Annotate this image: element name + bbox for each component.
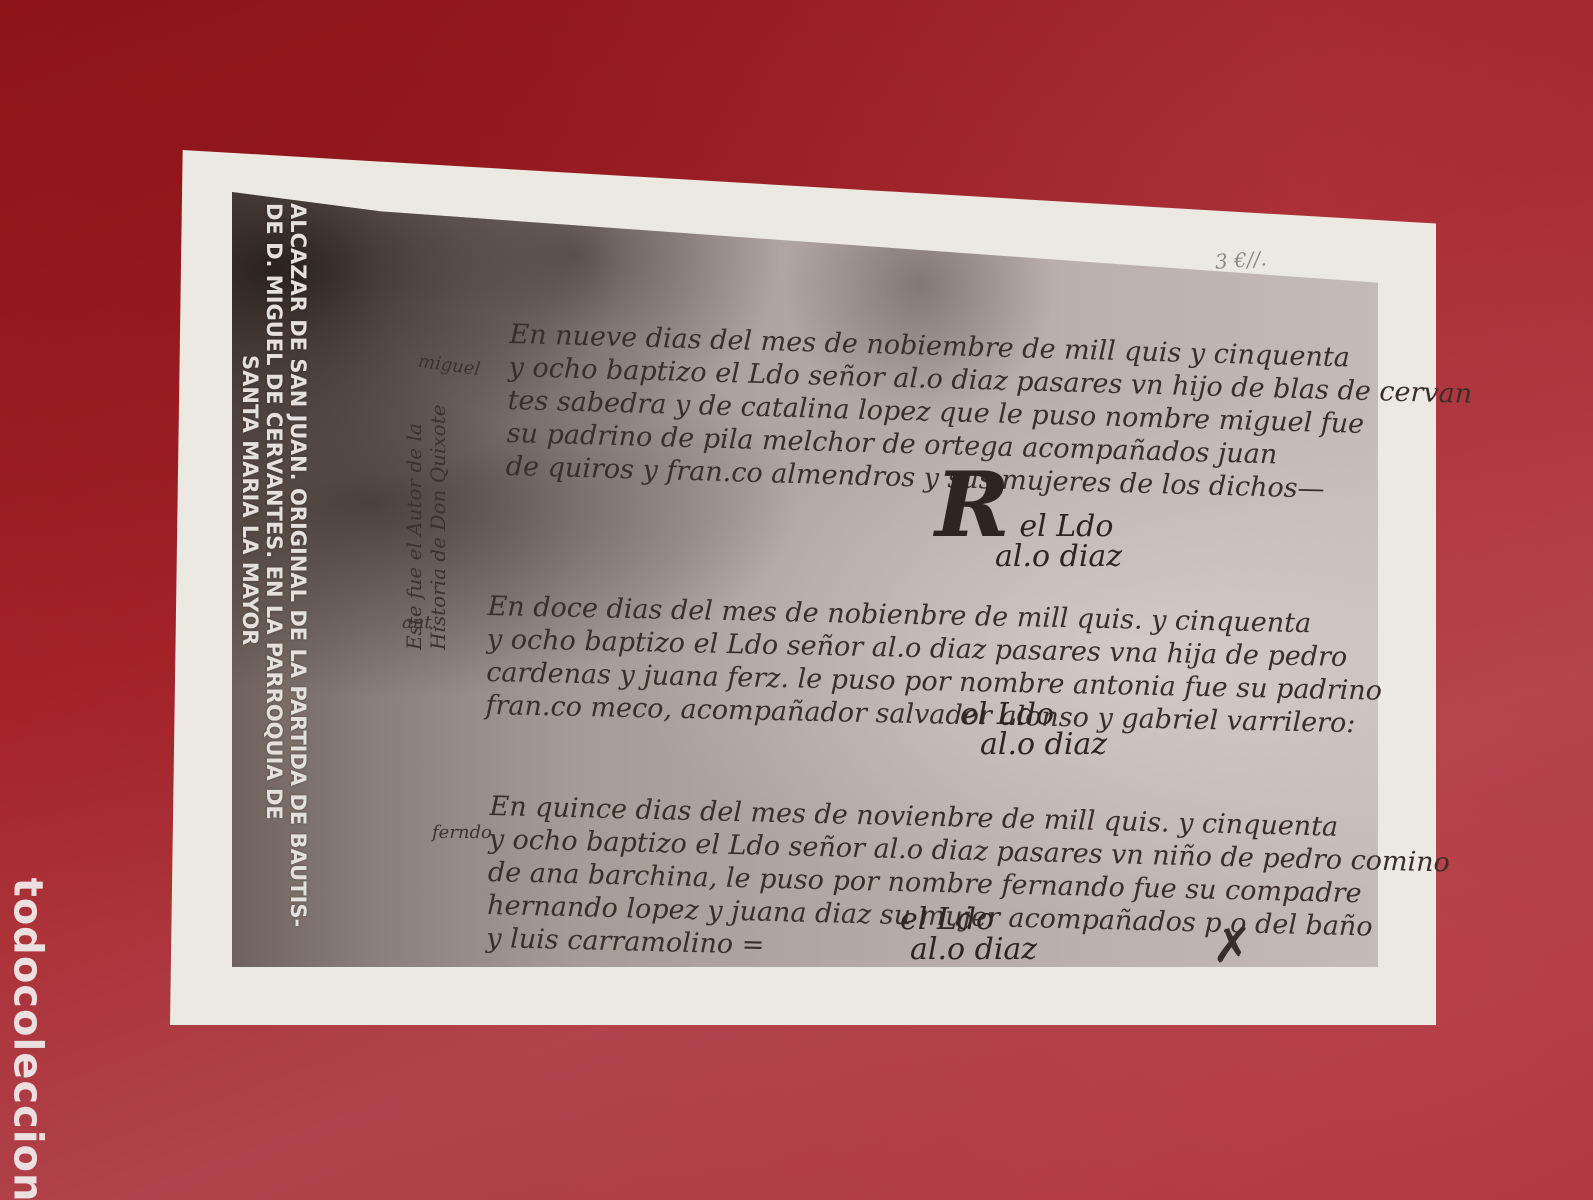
signature-3: el Ldo al.o diaz	[900, 905, 1037, 965]
caption-line-3: SANTA MARIA LA MAYOR	[238, 355, 262, 1125]
signature-surname: al.o diaz	[980, 727, 1107, 762]
postcard-pencil-note: 3 €//.	[1214, 246, 1267, 274]
caption-line-1: ALCAZAR DE SAN JUAN. ORIGINAL DE LA PART…	[286, 203, 310, 973]
todocoleccion-watermark: todocoleccion	[2, 885, 52, 1195]
signature-2: el Ldo al.o diaz	[960, 700, 1107, 760]
margin-note-antonia: ant.	[402, 612, 437, 633]
margin-note-fernando: ferndo	[432, 822, 492, 843]
signature-surname: al.o diaz	[910, 932, 1037, 967]
cross-mark-icon: ✗	[1212, 918, 1252, 974]
watermark-text: todocoleccion	[4, 878, 50, 1200]
signature-1: R el Ldo al.o diaz	[935, 470, 1122, 572]
postcard-caption: ALCAZAR DE SAN JUAN. ORIGINAL DE LA PART…	[236, 195, 312, 965]
signature-surname: al.o diaz	[995, 539, 1122, 574]
baptism-entry-2: En doce dias del mes de nobienbre de mil…	[485, 590, 1383, 741]
caption-line-2: DE D. MIGUEL DE CERVANTES. EN LA PARROQU…	[262, 203, 286, 973]
